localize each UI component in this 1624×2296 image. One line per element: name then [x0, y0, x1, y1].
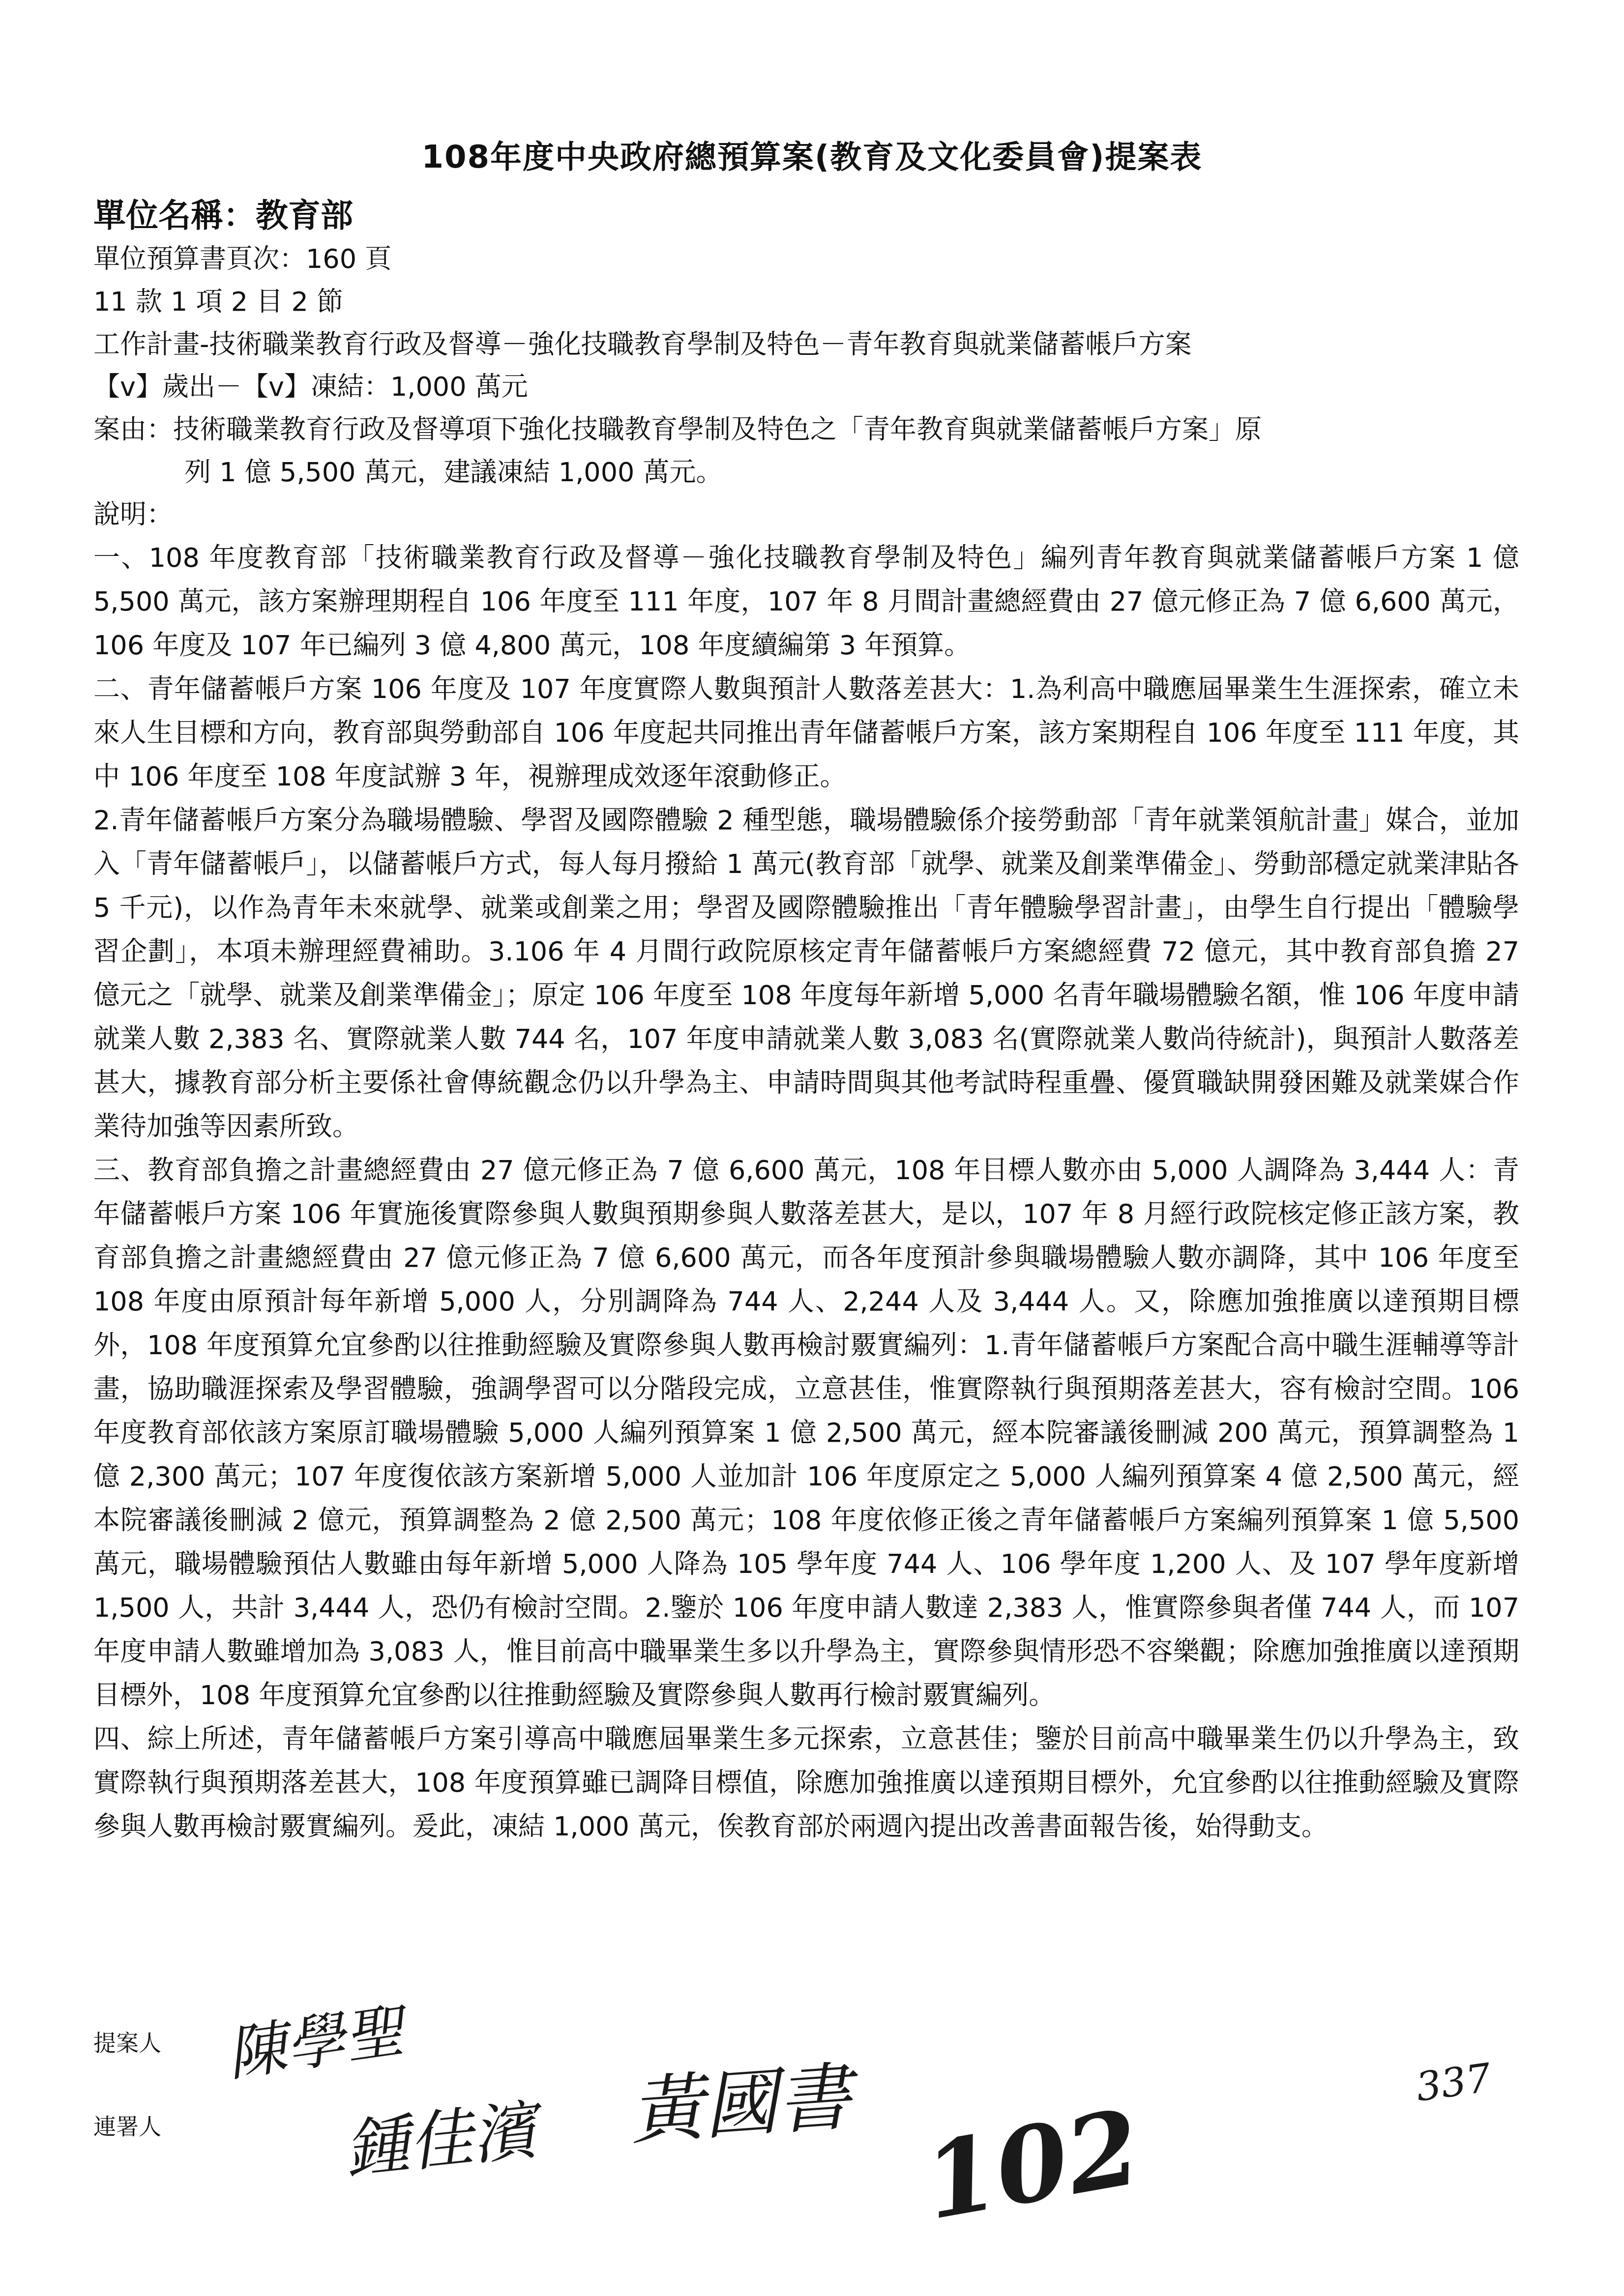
proposer-signature: 陳學聖 [221, 1984, 408, 2092]
action-line: 【v】歲出－【v】凍結：1,000 萬元 [93, 365, 528, 408]
work-plan: 工作計畫-技術職業教育行政及督導－強化技職教育學制及特色－青年教育與就業儲蓄帳戶… [93, 323, 1191, 366]
paragraph-1: 一、108 年度教育部「技術職業教育行政及督導－強化技職教育學制及特色」編列青年… [93, 536, 1519, 667]
paragraph-4: 四、綜上所述，青年儲蓄帳戶方案引導高中職應屆畢業生多元探索，立意甚佳；鑒於目前高… [93, 1717, 1519, 1848]
cosigner-signature-1: 鍾佳濱 [340, 2079, 540, 2191]
document-title: 108年度中央政府總預算案(教育及文化委員會)提案表 [0, 132, 1624, 177]
freeze-checkbox: 【v】 [242, 371, 311, 402]
budget-section: 11 款 1 項 2 目 2 節 [93, 280, 343, 323]
expenditure-label: 歲出－ [162, 371, 242, 402]
reason-text-1: 技術職業教育行政及督導項下強化技職教育學制及特色之「青年教育與就業儲蓄帳戶方案」… [173, 414, 1262, 445]
handwritten-mark: 337 [1413, 2055, 1494, 2110]
explanation-body: 一、108 年度教育部「技術職業教育行政及督導－強化技職教育學制及特色」編列青年… [93, 536, 1519, 1848]
explanation-label: 說明： [93, 493, 173, 536]
reason-label: 案由： [93, 414, 173, 445]
expenditure-checkbox: 【v】 [93, 371, 162, 402]
cosigner-label: 連署人 [93, 2109, 161, 2141]
reason-line-2: 列 1 億 5,500 萬元，建議凍結 1,000 萬元。 [184, 451, 723, 494]
paragraph-2-continued: 2.青年儲蓄帳戶方案分為職場體驗、學習及國際體驗 2 種型態，職場體驗係介接勞動… [93, 798, 1519, 1148]
reason-line-1: 案由：技術職業教育行政及督導項下強化技職教育學制及特色之「青年教育與就業儲蓄帳戶… [93, 408, 1262, 451]
paragraph-2: 二、青年儲蓄帳戶方案 106 年度及 107 年度實際人數與預計人數落差甚大：1… [93, 667, 1519, 798]
handwritten-number: 102 [915, 2086, 1149, 2243]
unit-name: 單位名稱：教育部 [93, 189, 353, 236]
budget-page: 單位預算書頁次：160 頁 [93, 237, 391, 281]
paragraph-3: 三、教育部負擔之計畫總經費由 27 億元修正為 7 億 6,600 萬元，108… [93, 1148, 1519, 1717]
freeze-amount: 凍結：1,000 萬元 [311, 371, 528, 402]
cosigner-signature-2: 黃國書 [626, 2037, 854, 2159]
proposal-form-page: 108年度中央政府總預算案(教育及文化委員會)提案表 單位名稱：教育部 單位預算… [0, 0, 1624, 2296]
proposer-label: 提案人 [93, 2025, 161, 2058]
